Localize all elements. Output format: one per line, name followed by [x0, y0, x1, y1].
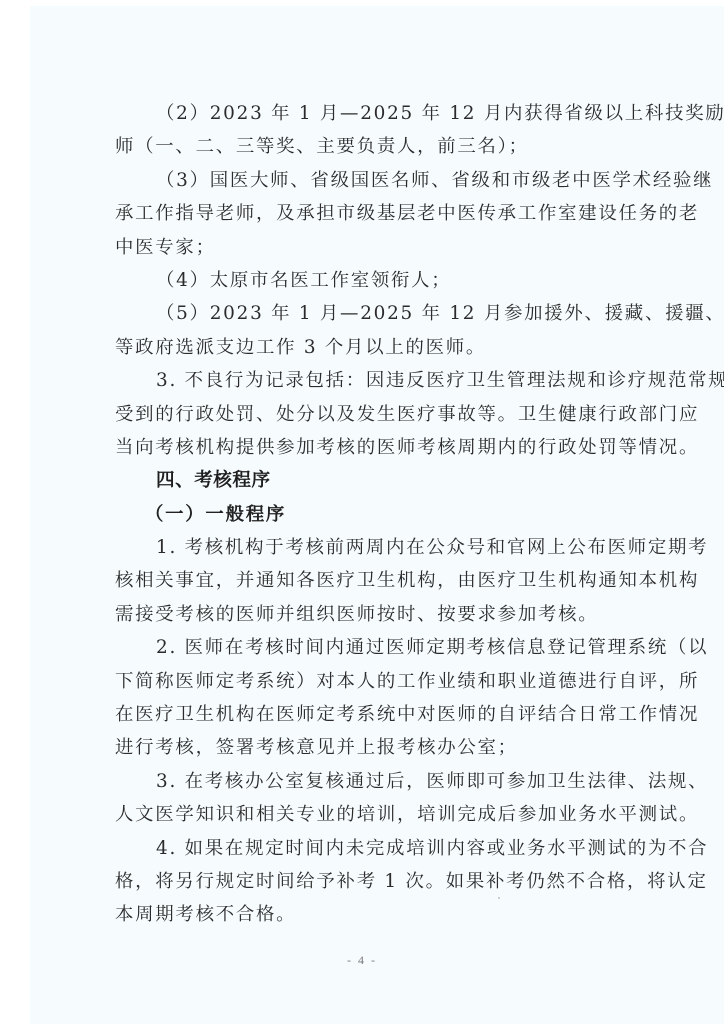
- paragraph-line-step-4: 4. 如果在规定时间内未完成培训内容或业务水平测试的为不合: [115, 832, 642, 865]
- paragraph-line: 核相关事宜，并通知各医疗卫生机构，由医疗卫生机构通知本机构: [115, 564, 642, 597]
- paragraph-line: 人文医学知识和相关专业的培训，培训完成后参加业务水平测试。: [115, 798, 642, 831]
- paragraph-line-step-1: 1. 考核机构于考核前两周内在公众号和官网上公布医师定期考: [115, 531, 642, 564]
- paragraph-line-step-3: 3. 在考核办公室复核通过后，医师即可参加卫生法律、法规、: [115, 765, 642, 798]
- paragraph-line-clause-3: 3. 不良行为记录包括：因违反医疗卫生管理法规和诊疗规范常规: [115, 364, 642, 397]
- paragraph-line: 在医疗卫生机构在医师定考系统中对医师的自评结合日常工作情况: [115, 698, 642, 731]
- paragraph-line-item-5: （5）2023 年 1 月—2025 年 12 月参加援外、援藏、援疆、援蒙: [115, 297, 642, 330]
- paragraph-line: 下简称医师定考系统）对本人的工作业绩和职业道德进行自评，所: [115, 665, 642, 698]
- paragraph-line: 需接受考核的医师并组织医师按时、按要求参加考核。: [115, 598, 642, 631]
- paragraph-line-step-2: 2. 医师在考核时间内通过医师定期考核信息登记管理系统（以: [115, 631, 642, 664]
- paragraph-line: 等政府选派支边工作 3 个月以上的医师。: [115, 331, 642, 364]
- paragraph-line-item-3: （3）国医大师、省级国医名师、省级和市级老中医学术经验继: [115, 164, 642, 197]
- document-body: （2）2023 年 1 月—2025 年 12 月内获得省级以上科技奖励的医 师…: [115, 97, 642, 932]
- paragraph-line: 承工作指导老师，及承担市级基层老中医传承工作室建设任务的老: [115, 197, 642, 230]
- paragraph-line: 进行考核，签署考核意见并上报考核办公室；: [115, 731, 642, 764]
- paragraph-line-item-4: （4）太原市名医工作室领衔人；: [115, 264, 642, 297]
- paragraph-line-item-2: （2）2023 年 1 月—2025 年 12 月内获得省级以上科技奖励的医: [115, 97, 642, 130]
- paragraph-line: 格，将另行规定时间给予补考 1 次。如果补考仍然不合格，将认定: [115, 865, 642, 898]
- page-number: - 4 -: [0, 953, 724, 968]
- paragraph-line: 中医专家；: [115, 231, 642, 264]
- paragraph-line: 师（一、二、三等奖、主要负责人，前三名）；: [115, 130, 642, 163]
- paragraph-line: 当向考核机构提供参加考核的医师考核周期内的行政处罚等情况。: [115, 431, 642, 464]
- paragraph-line: 受到的行政处罚、处分以及发生医疗事故等。卫生健康行政部门应: [115, 398, 642, 431]
- subsection-heading-general-procedure: （一）一般程序: [115, 498, 642, 531]
- section-heading-assessment-procedure: 四、考核程序: [115, 464, 642, 497]
- paragraph-line: 本周期考核不合格。: [115, 898, 642, 931]
